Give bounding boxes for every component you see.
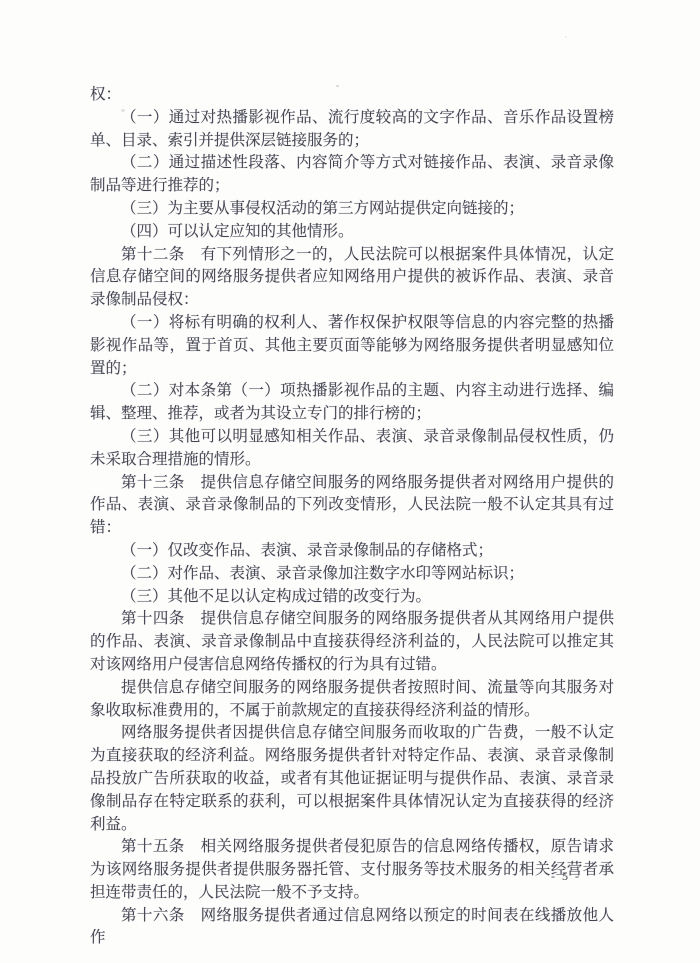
- document-paragraph: 第十五条 相关网络服务提供者侵犯原告的信息网络传播权，原告请求为该网络服务提供者…: [90, 836, 614, 904]
- document-paragraph: （二）通过描述性段落、内容简介等方式对链接作品、表演、录音录像制品等进行推荐的；: [90, 152, 614, 198]
- document-paragraph: （一）通过对热播影视作品、流行度较高的文字作品、音乐作品设置榜单、目录、索引并提…: [90, 107, 614, 153]
- document-paragraph: （一）将标有明确的权利人、著作权保护权限等信息的内容完整的热播影视作品等，置于首…: [90, 312, 614, 380]
- document-page: 权： （一）通过对热播影视作品、流行度较高的文字作品、音乐作品设置榜单、目录、索…: [0, 0, 700, 963]
- document-paragraph: （四）可以认定应知的其他情形。: [90, 221, 614, 244]
- document-paragraph: 第十二条 有下列情形之一的，人民法院可以根据案件具体情况，认定信息存储空间的网络…: [90, 244, 614, 312]
- document-paragraph: （二）对本条第（一）项热播影视作品的主题、内容主动进行选择、编辑、整理、推荐，或…: [90, 380, 614, 426]
- document-paragraph: （一）仅改变作品、表演、录音录像制品的存储格式；: [90, 540, 614, 563]
- document-body: 权： （一）通过对热播影视作品、流行度较高的文字作品、音乐作品设置榜单、目录、索…: [90, 84, 614, 950]
- document-paragraph: 第十三条 提供信息存储空间服务的网络服务提供者对网络用户提供的作品、表演、录音录…: [90, 472, 614, 540]
- scan-speck: [565, 36, 567, 38]
- document-paragraph: 网络服务提供者因提供信息存储空间服务而收取的广告费，一般不认定为直接获取的经济利…: [90, 722, 614, 836]
- document-paragraph: 权：: [90, 84, 614, 107]
- page-number: - 5 -: [540, 869, 592, 884]
- document-paragraph: 第十六条 网络服务提供者通过信息网络以预定的时间表在线播放他人作: [90, 905, 614, 951]
- document-paragraph: 第十四条 提供信息存储空间服务的网络服务提供者从其网络用户提供的作品、表演、录音…: [90, 608, 614, 676]
- document-paragraph: 提供信息存储空间服务的网络服务提供者按照时间、流量等向其服务对象收取标准费用的，…: [90, 677, 614, 723]
- document-paragraph: （二）对作品、表演、录音录像加注数字水印等网站标识；: [90, 563, 614, 586]
- document-paragraph: （三）其他不足以认定构成过错的改变行为。: [90, 586, 614, 609]
- document-paragraph: （三）其他可以明显感知相关作品、表演、录音录像制品侵权性质，仍未采取合理措施的情…: [90, 426, 614, 472]
- document-paragraph: （三）为主要从事侵权活动的第三方网站提供定向链接的；: [90, 198, 614, 221]
